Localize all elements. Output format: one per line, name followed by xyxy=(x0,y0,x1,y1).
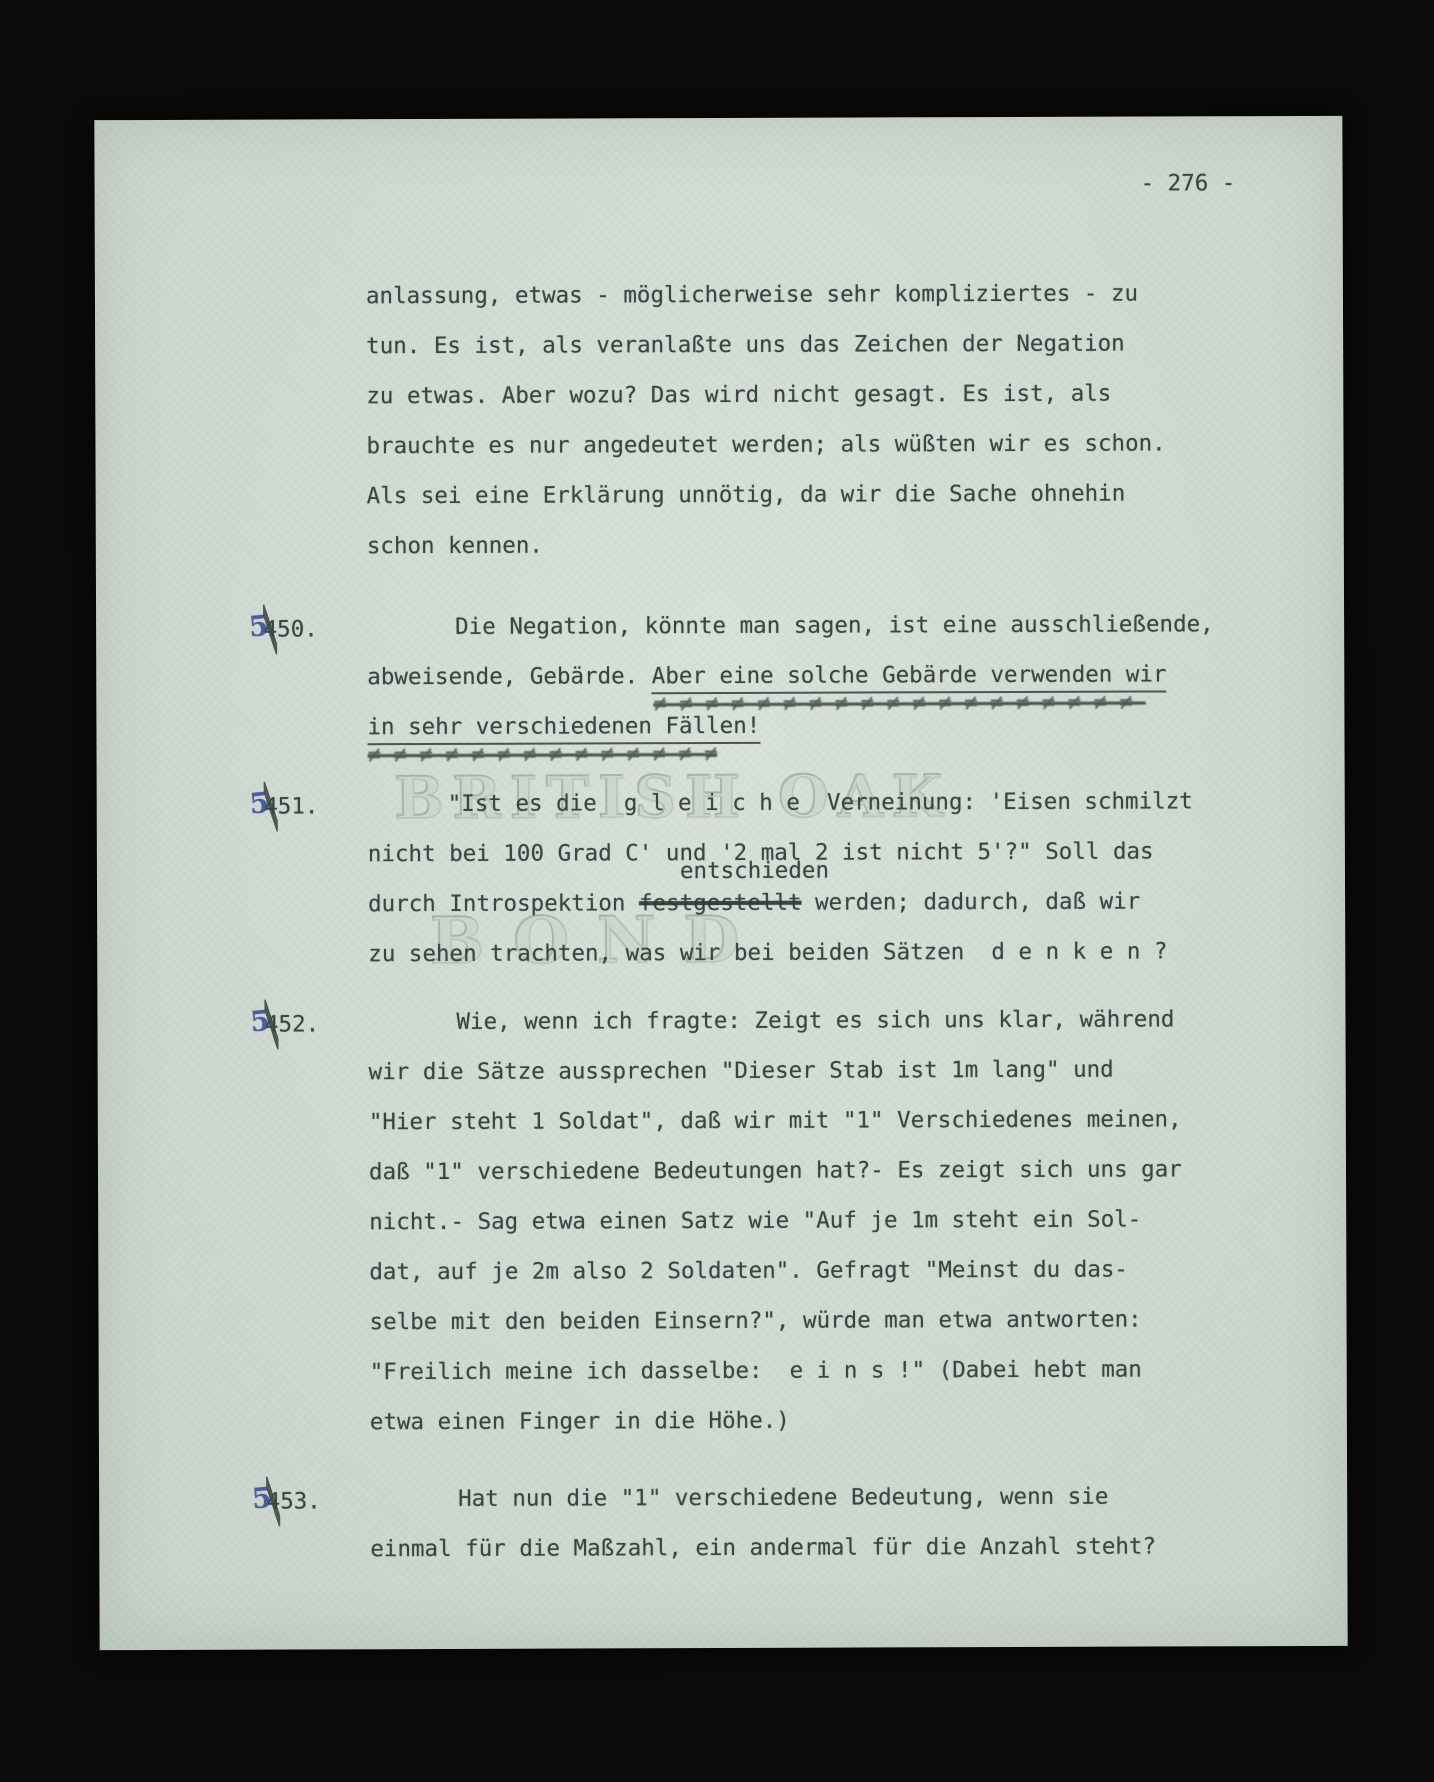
text-segment: schon kennen. xyxy=(367,533,543,560)
typed-digits: 53. xyxy=(280,1488,321,1514)
text-line: brauchte es nur angedeutet werden; als w… xyxy=(366,418,1165,471)
text-line: "Ist es die g l e i c h e Verneinung: 'E… xyxy=(368,776,1193,829)
text-body: anlassung, etwas - möglicherweise sehr k… xyxy=(94,116,1347,1650)
remark-number: 5452. xyxy=(250,997,319,1047)
text-segment: abweisende, Gebärde. xyxy=(367,663,652,690)
inserted-word: entschieden xyxy=(680,858,829,885)
text-line: Wie, wenn ich fragte: Zeigt es sich uns … xyxy=(368,994,1181,1047)
struck-digit: 4 xyxy=(265,1000,279,1050)
text-segment: einmal für die Maßzahl, ein andermal für… xyxy=(370,1533,1156,1562)
text-line: selbe mit den beiden Einsern?", würde ma… xyxy=(369,1294,1182,1347)
text-line: schon kennen. xyxy=(367,518,1166,571)
text-segment: Als sei eine Erklärung unnötig, da wir d… xyxy=(367,481,1126,510)
text-segment: tun. Es ist, als veranlaßte uns das Zeic… xyxy=(366,331,1125,360)
typed-digits: 52. xyxy=(278,1011,319,1037)
text-segment: durch Introspektion xyxy=(368,890,639,917)
text-line: zu etwas. Aber wozu? Das wird nicht gesa… xyxy=(366,368,1165,421)
paragraph: 5450.Die Negation, könnte man sagen, ist… xyxy=(367,599,1214,752)
text-line: anlassung, etwas - möglicherweise sehr k… xyxy=(366,268,1165,321)
typescript-page: - 276 - BRITISH OAK BOND anlassung, etwa… xyxy=(94,116,1347,1650)
text-line: wir die Sätze aussprechen "Dieser Stab i… xyxy=(369,1044,1182,1097)
scan-photo: { "page": { "page_number": "- 276 -", "w… xyxy=(0,0,1434,1782)
text-segment: Wie, wenn ich fragte: Zeigt es sich uns … xyxy=(456,1006,1174,1035)
text-line: nicht.- Sag etwa einen Satz wie "Auf je … xyxy=(369,1194,1182,1247)
text-segment: selbe mit den beiden Einsern?", würde ma… xyxy=(369,1307,1141,1336)
text-line: tun. Es ist, als veranlaßte uns das Zeic… xyxy=(366,318,1165,371)
text-line: "Freilich meine ich dasselbe: e i n s !"… xyxy=(370,1344,1183,1397)
remark-number: 5451. xyxy=(250,779,319,829)
text-segment: brauchte es nur angedeutet werden; als w… xyxy=(366,430,1165,459)
typed-strikeout-row: ≠–≠–≠–≠–≠–≠–≠–≠–≠–≠–≠–≠–≠–≠–≠–≠–≠–≠–≠– xyxy=(653,690,1145,718)
text-line: daß "1" verschiedene Bedeutungen hat?- E… xyxy=(369,1144,1182,1197)
struck-word: festgestellt xyxy=(639,890,802,917)
text-line: "Hier steht 1 Soldat", daß wir mit "1" V… xyxy=(369,1094,1182,1147)
text-segment: wir die Sätze aussprechen "Dieser Stab i… xyxy=(369,1057,1114,1086)
text-segment: Die Negation, könnte man sagen, ist eine… xyxy=(455,611,1214,640)
typed-digits: 51. xyxy=(278,793,319,819)
text-line: Hat nun die "1" verschiedene Bedeutung, … xyxy=(370,1471,1156,1524)
text-segment: "Ist es die g l e i c h e Verneinung: 'E… xyxy=(448,788,1193,817)
text-line: durch Introspektion festgestellt werden;… xyxy=(368,876,1193,929)
typed-digits: 50. xyxy=(277,616,318,642)
text-line: Als sei eine Erklärung unnötig, da wir d… xyxy=(367,468,1166,521)
struck-digit: 4 xyxy=(264,605,278,655)
paragraph: 5453.Hat nun die "1" verschiedene Bedeut… xyxy=(370,1471,1156,1574)
text-segment: nicht.- Sag etwa einen Satz wie "Auf je … xyxy=(369,1207,1141,1236)
paragraph: anlassung, etwas - möglicherweise sehr k… xyxy=(366,268,1166,571)
typed-strikeout-row: ≠–≠–≠–≠–≠–≠–≠–≠–≠–≠–≠–≠–≠–≠ xyxy=(368,741,718,768)
struck-digit: 4 xyxy=(267,1477,281,1527)
text-line: einmal für die Maßzahl, ein andermal für… xyxy=(370,1521,1156,1574)
text-segment: daß "1" verschiedene Bedeutungen hat?- E… xyxy=(369,1156,1182,1185)
text-segment: etwa einen Finger in die Höhe.) xyxy=(370,1408,790,1435)
paragraph: 5451."Ist es die g l e i c h e Verneinun… xyxy=(368,776,1194,979)
remark-number: 5453. xyxy=(252,1474,321,1524)
struck-digit: 4 xyxy=(264,782,278,832)
text-segment: dat, auf je 2m also 2 Soldaten". Gefragt… xyxy=(369,1257,1128,1286)
text-segment: zu sehen trachten, was wir bei beiden Sä… xyxy=(368,938,1167,967)
text-line: Die Negation, könnte man sagen, ist eine… xyxy=(367,599,1214,652)
remark-number: 5450. xyxy=(249,602,318,652)
text-line: zu sehen trachten, was wir bei beiden Sä… xyxy=(368,926,1193,979)
paragraph: 5452.Wie, wenn ich fragte: Zeigt es sich… xyxy=(368,994,1182,1447)
text-segment: "Hier steht 1 Soldat", daß wir mit "1" V… xyxy=(369,1106,1182,1135)
text-segment: zu etwas. Aber wozu? Das wird nicht gesa… xyxy=(366,381,1111,410)
text-segment: anlassung, etwas - möglicherweise sehr k… xyxy=(366,281,1138,310)
text-line: dat, auf je 2m also 2 Soldaten". Gefragt… xyxy=(369,1244,1182,1297)
text-line: etwa einen Finger in die Höhe.) xyxy=(370,1394,1183,1447)
text-segment: Hat nun die "1" verschiedene Bedeutung, … xyxy=(458,1484,1108,1512)
text-segment: werden; dadurch, daß wir xyxy=(802,889,1141,916)
text-segment: "Freilich meine ich dasselbe: e i n s !"… xyxy=(370,1357,1142,1386)
